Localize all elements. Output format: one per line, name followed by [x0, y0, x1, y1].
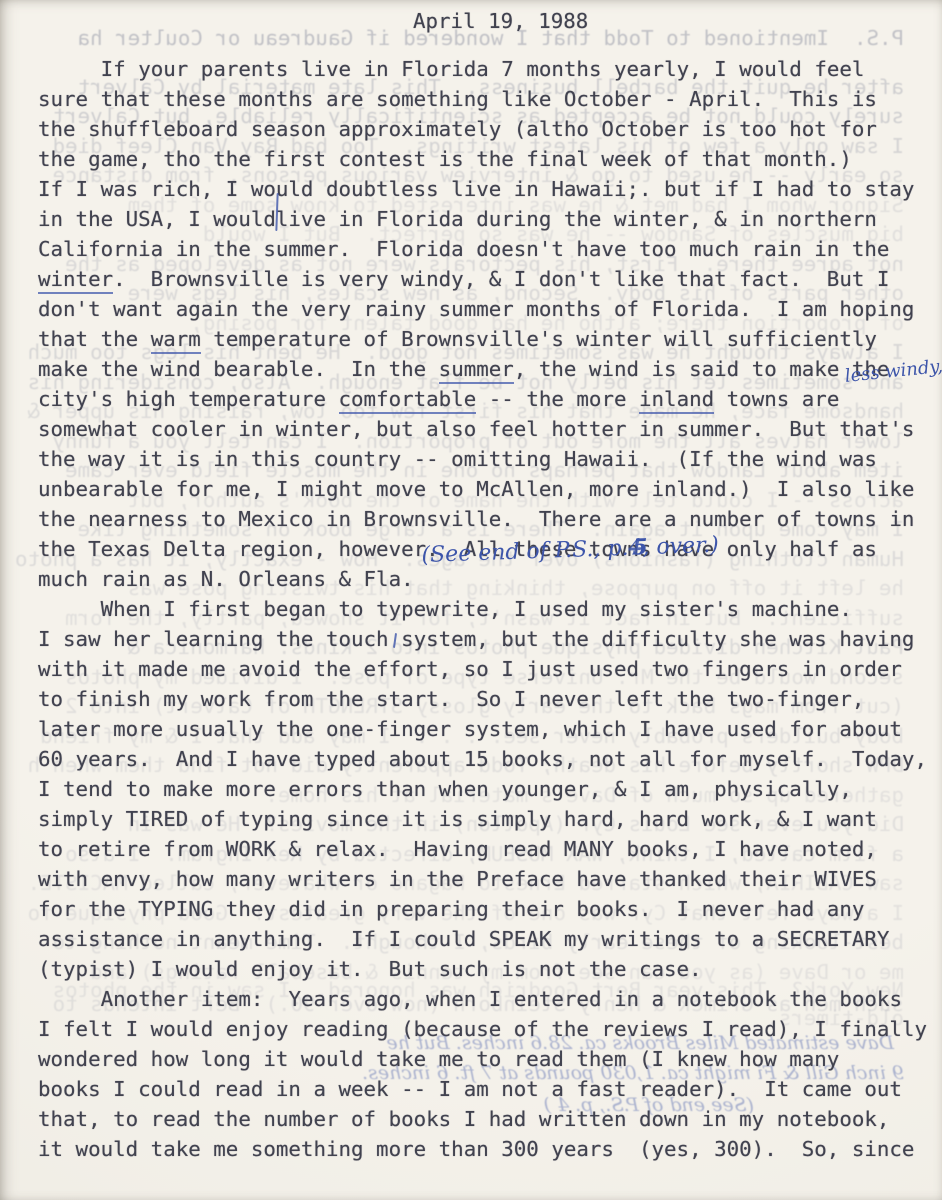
letter-line: with it made me avoid the effort, so I j… — [38, 657, 902, 681]
letter-line: the nearness to Mexico in Brownsville. T… — [38, 507, 914, 531]
letter-line: city's high temperature comfortable -- t… — [38, 387, 839, 411]
letter-line: the game, tho the first contest is the f… — [38, 147, 852, 171]
letter-line: simply TIRED of typing since it is simpl… — [38, 807, 877, 831]
letter-line: If I was rich, I would doubtless live in… — [38, 177, 914, 201]
letter-line: the way it is in this country -- omittin… — [38, 447, 877, 471]
letter-line: assistance in anything. If I could SPEAK… — [38, 927, 889, 951]
letter-line: for the TYPING they did in preparing the… — [38, 897, 864, 921]
letter-line: the shuffleboard season approximately (a… — [38, 117, 877, 141]
letter-line: I tend to make more errors than when you… — [38, 777, 852, 801]
letter-line: don't want again the very rainy summer m… — [38, 297, 914, 321]
letter-line: 60 years. And I have typed about 15 book… — [38, 747, 927, 771]
pen-underlined-word: inland — [639, 387, 714, 414]
letter-line: with envy, how many writers in the Prefa… — [38, 867, 877, 891]
letter-line: somewhat cooler in winter, but also feel… — [38, 417, 914, 441]
letter-line: books I could read in a week -- I am not… — [38, 1077, 902, 1101]
letter-line: When I first began to typewrite, I used … — [101, 597, 852, 621]
letter-page: P.S. Imentioned to Todd that I wondered … — [0, 0, 942, 1200]
annotation-see-end-suffix: , over.) — [642, 533, 719, 561]
letter-line: California in the summer. Florida doesn'… — [38, 237, 889, 261]
letter-line: (typist) I would enjoy it. But such is n… — [38, 957, 702, 981]
letter-line: in the USA, I wouldlive in Florida durin… — [38, 207, 877, 231]
pen-underlined-word: warm — [151, 327, 201, 354]
corrected-digit: 5 — [632, 534, 648, 561]
letter-line: that the warm temperature of Brownsville… — [38, 327, 877, 351]
letter-line: winter. Brownsville is very windy, & I d… — [38, 267, 889, 291]
letter-line: wondered how long it would take me to re… — [38, 1047, 839, 1071]
letter-line: to retire from WORK & relax. Having read… — [38, 837, 877, 861]
overstruck-page-number: 45 — [628, 535, 643, 560]
letter-line: sure that these months are something lik… — [38, 87, 877, 111]
pen-underlined-word: summer — [439, 357, 514, 384]
letter-line: If your parents live in Florida 7 months… — [101, 57, 865, 81]
letter-line: Another item: Years ago, when I entered … — [101, 987, 902, 1011]
letter-line: it would take me something more than 300… — [38, 1137, 914, 1161]
letter-date: April 19, 1988 — [413, 9, 588, 33]
pen-underlined-word: winter — [38, 267, 113, 294]
letter-line: unbearable for me, I might move to McAll… — [38, 477, 914, 501]
letter-line: I saw her learning the touch system, but… — [38, 627, 914, 651]
letter-line: I felt I would enjoy reading (because of… — [38, 1017, 927, 1041]
letter-line: make the wind bearable. In the summer, t… — [38, 357, 889, 381]
letter-line: much rain as N. Orleans & Fla. — [38, 567, 414, 591]
letter-line: later more usually the one-finger system… — [38, 717, 902, 741]
letter-line: that, to read the number of books I had … — [38, 1107, 889, 1131]
pen-underlined-word: comfortable — [339, 387, 477, 414]
letter-line: to finish my work from the start. So I n… — [38, 687, 864, 711]
